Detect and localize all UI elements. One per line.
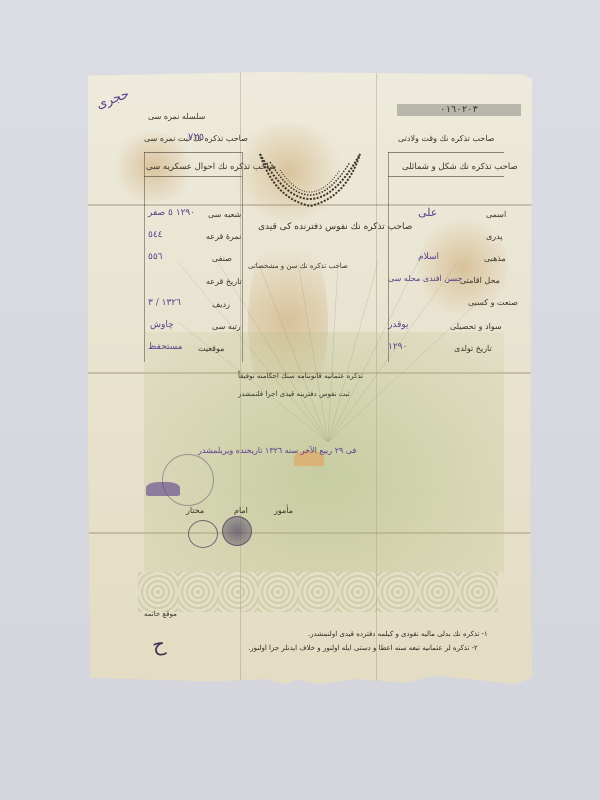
field-value: ١٢٩٠ ٥ صفر [148,208,195,218]
signature-label: مختار [186,506,204,515]
field-label: محل اقامتی [460,276,500,285]
table-border [144,176,242,177]
purple-stamp [146,482,180,496]
field-label: صنعت و کسبی [468,298,518,307]
field-value: اسلام [418,252,439,262]
field-value: ١٢٩٠ [388,342,407,352]
handwritten-issue-line: فی ٢٩ ربیع الآخر سنه ١٣٢٦ تاریخنده ویریل… [198,446,356,455]
field-label: تاریخ تولدی [454,344,492,353]
field-label: رتبه سی [212,322,241,331]
tughra-emblem [256,148,364,220]
field-value: ١٣٢٦ / ٣ [148,298,181,308]
footnote: ٢- تذکره لر عثمانیه تبعه سنه اعطا و دستی… [248,644,478,652]
field-value: چاوش [150,320,174,330]
body-line: تذکره عثمانیه قانوننامه سنك احکامنه توفی… [238,372,363,380]
table-border [388,176,504,177]
left-panel-heading: صاحب تذکره نك احوال عسکریه سی [146,162,276,172]
center-title: صاحب تذکره نك نفوس ذفترنده کی قیدی [258,222,412,232]
field-label: نمرهٔ قرعه [206,232,241,241]
right-panel-heading: صاحب تذکره نك شکل و شمائلی [402,162,518,172]
top-right-label: صاحب تذکره نك وقت ولادتی [398,134,494,143]
footnote: ١- تذکره نك بدلی مالیه نقودی و کیلمه دفت… [308,630,488,638]
round-seal [188,520,218,548]
document-paper: حجری سلسله نمره سی ٠١٦٠٢٠٣ صاحب تذکره نك… [88,72,532,684]
table-border [388,152,504,153]
field-label: مذهبی [484,254,506,263]
table-border [144,152,145,362]
body-line: صاحب تذکره نك سن و مشخصاتی [248,262,348,270]
field-label: اسمی [486,210,506,219]
field-label: تاریخ قرعه [206,277,242,286]
table-border [388,152,389,362]
round-seal [162,454,214,506]
footer-label: موقع خاتمه [144,610,177,618]
signature-label: مأمور [274,506,293,515]
top-left-annotation: حجری [94,87,131,113]
dark-round-seal [222,516,252,546]
field-label: موقعیت [198,344,224,353]
field-value: علی [418,206,437,219]
field-value: مستحفظ [148,342,182,352]
field-label: ردیف [212,300,230,309]
signature-label: امام [234,506,248,515]
guilloche-border [138,572,498,612]
field-value: ٥٤٤ [148,230,163,240]
field-label: سواد و تحصیلی [450,322,502,331]
field-value: حسن افندی محله سی [388,274,462,283]
body-line: ثبت نفوس دفترینه قیدی اجرا قلنمشدر [238,390,350,398]
field-value: یوقدر [388,320,409,330]
field-label: شعبه سی [208,210,241,219]
register-number: ٧٢٥ [188,132,204,143]
field-value: ٥٥٦ [148,252,163,262]
field-label: صنفی [212,254,232,263]
field-label: پدری [486,232,503,241]
table-border [242,152,243,362]
table-border [144,152,242,153]
top-left-label: سلسله نمره سی [148,112,205,121]
serial-number: ٠١٦٠٢٠٣ [397,104,521,116]
bottom-left-annotation: ح [150,631,167,657]
